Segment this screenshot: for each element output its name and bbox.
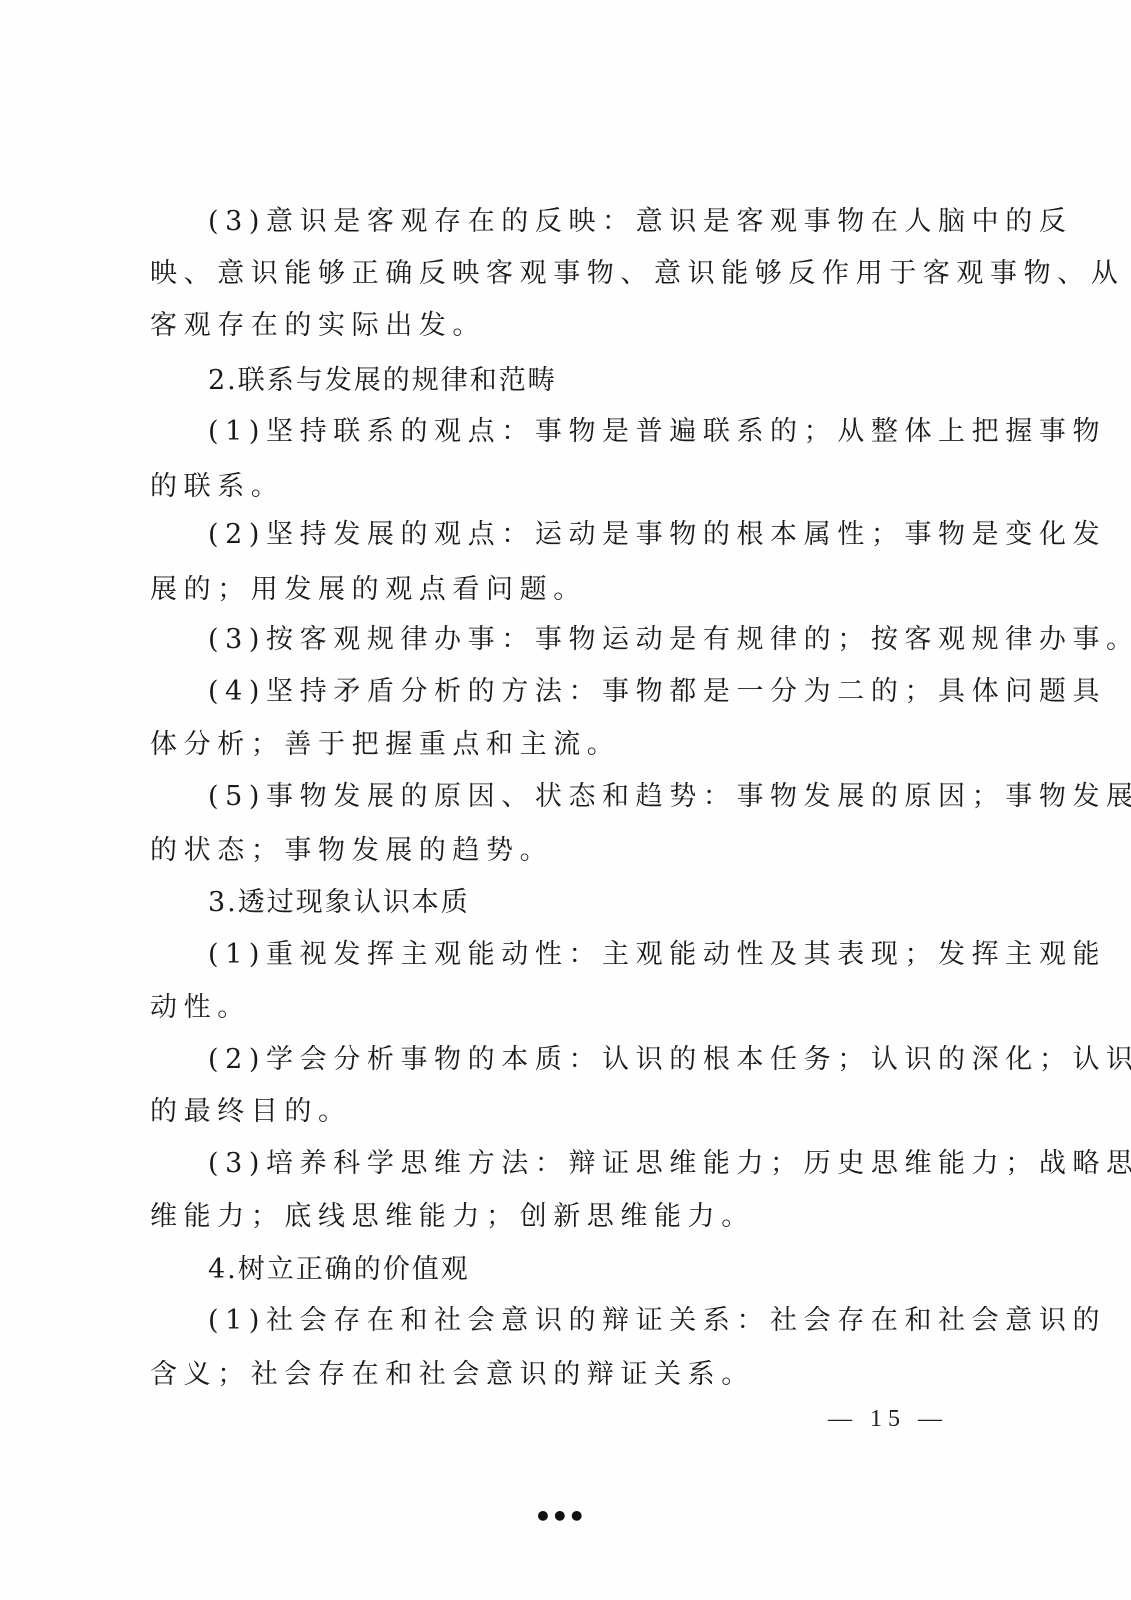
section-heading: 3.透过现象认识本质 — [208, 883, 970, 923]
text-line: 动性。 — [150, 988, 970, 1028]
text-line: (5)事物发展的原因、状态和趋势：事物发展的原因；事物发展 — [208, 777, 970, 817]
text-line: 的状态；事物发展的趋势。 — [150, 831, 970, 871]
text-line: 客观存在的实际出发。 — [150, 306, 970, 346]
text-line: (1)重视发挥主观能动性：主观能动性及其表现；发挥主观能 — [208, 935, 970, 975]
text-line: 维能力；底线思维能力；创新思维能力。 — [150, 1197, 970, 1237]
text-line: 的最终目的。 — [150, 1092, 970, 1132]
text-line: (3)意识是客观存在的反映：意识是客观事物在人脑中的反 — [208, 202, 970, 242]
text-line: 含义；社会存在和社会意识的辩证关系。 — [150, 1355, 970, 1395]
document-page: (3)意识是客观存在的反映：意识是客观事物在人脑中的反 映、意识能够正确反映客观… — [0, 0, 1131, 1600]
section-heading: 2.联系与发展的规律和范畴 — [208, 361, 970, 401]
section-heading: 4.树立正确的价值观 — [208, 1250, 970, 1290]
text-line: 映、意识能够正确反映客观事物、意识能够反作用于客观事物、从 — [150, 254, 970, 294]
page-number: — 15 — — [828, 1406, 948, 1433]
text-line: (2)学会分析事物的本质：认识的根本任务；认识的深化；认识 — [208, 1040, 970, 1080]
more-indicator[interactable]: ••• — [534, 1500, 585, 1533]
text-line: (1)坚持联系的观点：事物是普遍联系的；从整体上把握事物 — [208, 412, 970, 452]
text-line: (2)坚持发展的观点：运动是事物的根本属性；事物是变化发 — [208, 515, 970, 555]
text-line: 的联系。 — [150, 467, 970, 507]
text-line: 体分析；善于把握重点和主流。 — [150, 725, 970, 765]
text-line: (4)坚持矛盾分析的方法：事物都是一分为二的；具体问题具 — [208, 672, 970, 712]
text-line: (3)按客观规律办事：事物运动是有规律的；按客观规律办事。 — [208, 620, 970, 660]
text-line: (1)社会存在和社会意识的辩证关系：社会存在和社会意识的 — [208, 1301, 970, 1341]
text-line: 展的；用发展的观点看问题。 — [150, 570, 970, 610]
text-line: (3)培养科学思维方法：辩证思维能力；历史思维能力；战略思 — [208, 1144, 970, 1184]
